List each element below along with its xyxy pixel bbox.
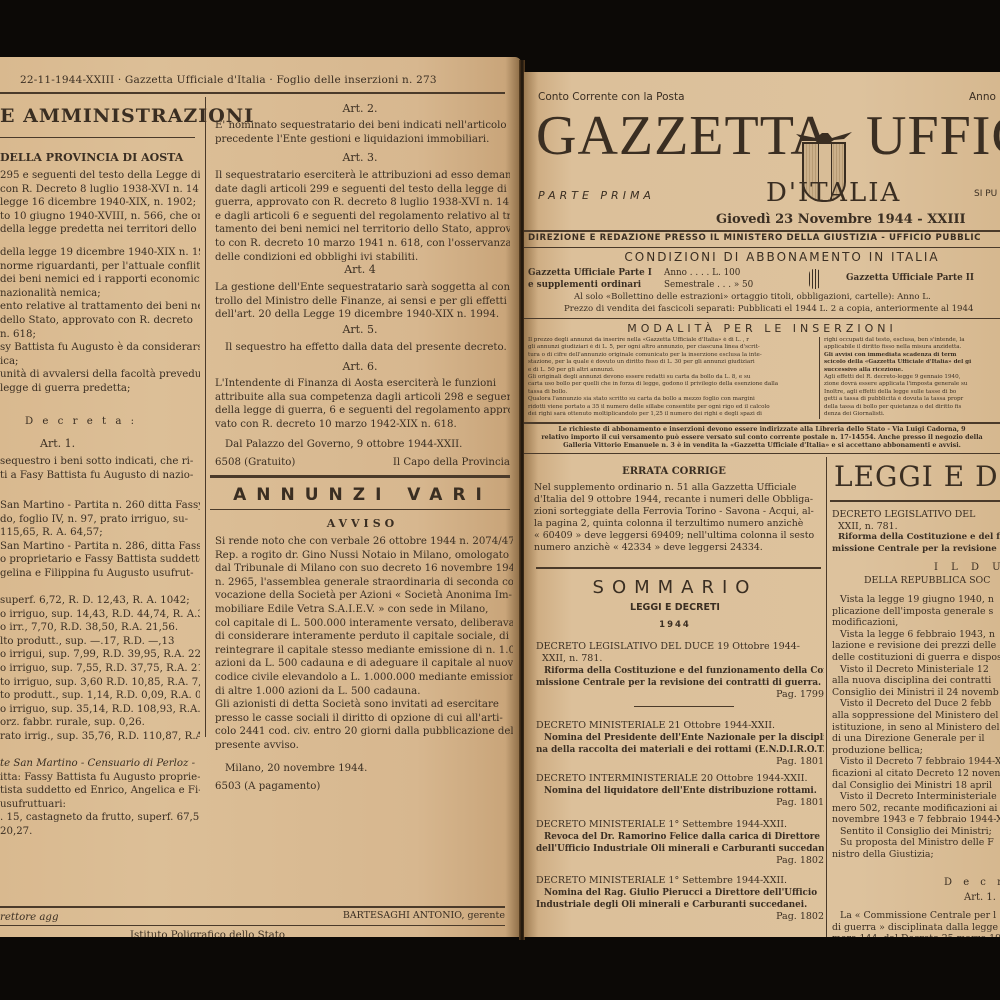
art1-text: sequestro i beni sotto indicati, che ri-… bbox=[0, 455, 200, 482]
text-line: e dagli articoli 6 e seguenti del regola… bbox=[215, 210, 510, 224]
text-line: gli annunzi giudiziari è di L. 5, per og… bbox=[528, 344, 813, 351]
entry-desc: na della raccolta dei materiali e dei ro… bbox=[536, 744, 824, 756]
text-line: Consiglio dei Ministri il 24 novemb bbox=[832, 687, 1000, 699]
modalita-left: Il prezzo degli annunzi da inserire nell… bbox=[528, 337, 813, 418]
spacer bbox=[0, 237, 200, 246]
issue-date: Giovedì 23 Novembre 1944 - XXIII bbox=[716, 212, 966, 227]
text-line: sequestro i beni sotto indicati, che ri- bbox=[0, 455, 200, 469]
text-line: Sentito il Consiglio dei Ministri; bbox=[832, 826, 1000, 838]
parte1-label: Gazzetta Ufficiale Parte I e supplementi… bbox=[528, 267, 652, 291]
text-line: presso le casse sociali il diritto di op… bbox=[215, 712, 513, 726]
sommario-entry-5[interactable]: DECRETO MINISTERIALE 1° Settembre 1944-X… bbox=[536, 875, 824, 923]
si-pubblica: SI PU bbox=[974, 189, 997, 199]
text-line: La « Commissione Centrale per l bbox=[832, 910, 1000, 922]
art6-text: L'Intendente di Finanza di Aosta esercit… bbox=[215, 377, 510, 431]
text-line: legge di guerra predetta; bbox=[0, 382, 200, 396]
text-line: colo 2441 cod. civ. entro 20 giorni dall… bbox=[215, 725, 513, 739]
text-line: Riforma della Costituzione e del fu bbox=[832, 532, 1000, 544]
direzione-line: DIREZIONE E REDAZIONE PRESSO IL MINISTER… bbox=[528, 233, 1000, 243]
sommario-divider bbox=[826, 457, 827, 937]
annunzi-rule-bottom bbox=[210, 509, 510, 510]
entry-heading: DECRETO LEGISLATIVO DEL DUCE 19 Ottobre … bbox=[536, 641, 824, 653]
art4-heading: Art. 4 bbox=[215, 263, 505, 277]
text-line: Visto il Decreto 7 febbraio 1944-X bbox=[832, 756, 1000, 768]
text-line: denza dei Giornalisti. bbox=[824, 411, 1000, 418]
entry-desc: dell'Ufficio Industriale Oli minerali e … bbox=[536, 843, 824, 855]
parte2-label: Gazzetta Ufficiale Parte II bbox=[846, 273, 974, 283]
text-line: mobiliare Edile Vetra S.A.I.E.V. » con s… bbox=[215, 603, 513, 617]
text-line: L'Intendente di Finanza di Aosta esercit… bbox=[215, 377, 510, 391]
text-line: modificazioni, bbox=[832, 617, 1000, 629]
text-line: orz. fabbr. rurale, sup. 0,26. bbox=[0, 716, 200, 730]
text-line: dei beni nemici ed i rapporti economici bbox=[0, 273, 200, 287]
text-line: carta uso bollo per quelli che in forza … bbox=[528, 381, 813, 388]
text-line: do, foglio IV, n. 97, prato irriguo, su- bbox=[0, 513, 200, 527]
signatory: Il Capo della Provincia bbox=[360, 456, 510, 470]
conto-corrente: Conto Corrente con la Posta bbox=[538, 91, 685, 103]
small-emblem-icon bbox=[809, 269, 821, 289]
text-line: . 15, castagneto da frutto, superf. 67,5… bbox=[0, 811, 200, 825]
text-line: istituzione, in seno al Ministero del bbox=[832, 722, 1000, 734]
header-rule bbox=[0, 92, 505, 94]
anno-label: Anno bbox=[969, 91, 996, 103]
parcels-block-2: superf. 6,72, R. D. 12,43, R. A. 1042; o… bbox=[0, 594, 200, 744]
text-line: zione dovrà essere applicata l'imposta g… bbox=[824, 381, 1000, 388]
art2-heading: Art. 2. bbox=[215, 102, 505, 116]
entry-heading: DECRETO MINISTERIALE 1° Settembre 1944-X… bbox=[536, 875, 824, 887]
entry-desc: missione Centrale per la revisione dei c… bbox=[536, 677, 824, 689]
text-line: della tassa di bollo per quietanza o del… bbox=[824, 404, 1000, 411]
sommario-sep-rule bbox=[634, 706, 734, 707]
text-line: 115,65, R. A. 64,57; bbox=[0, 526, 200, 540]
text-line: DECRETO LEGISLATIVO DEL bbox=[832, 509, 1000, 521]
text-line: Il prezzo degli annunzi da inserire nell… bbox=[528, 337, 813, 344]
text-line: o irriguo, sup. 35,14, R.D. 108,93, R.A.… bbox=[0, 703, 200, 717]
text-line: n. 618; bbox=[0, 328, 200, 342]
text-line: Nel supplemento ordinario n. 51 alla Gaz… bbox=[534, 482, 824, 494]
text-line: relativo importo il cui versamento può e… bbox=[524, 433, 1000, 441]
richieste-rule bbox=[524, 422, 1000, 424]
entry-heading: DECRETO MINISTERIALE 1° Settembre 1944-X… bbox=[536, 819, 824, 831]
text-line: e di L. 50 per gli altri annunzi. bbox=[528, 367, 813, 374]
art2-text: E' nominato sequestratario dei beni indi… bbox=[215, 119, 510, 146]
text-line: applicabile il diritto fisso nella misur… bbox=[824, 344, 1000, 351]
text-line: vato con R. decreto 10 marzo 1942-XIX n.… bbox=[215, 418, 510, 432]
column-divider bbox=[205, 97, 206, 737]
text-line: o irr., 7,70, R.D. 38,50, R.A. 21,56. bbox=[0, 621, 200, 635]
text-line: presente avviso. bbox=[215, 739, 513, 753]
text-line: « 60409 » deve leggersi 69409; nell'ulti… bbox=[534, 530, 824, 542]
text-line: Il sequestro ha effetto dalla data del p… bbox=[225, 341, 510, 355]
entry-heading: DECRETO INTERMINISTERIALE 20 Ottobre 194… bbox=[536, 773, 824, 785]
text-line: attribuite alla sua competenza dagli art… bbox=[215, 391, 510, 405]
text-line: nazionalità nemica; bbox=[0, 287, 200, 301]
sommario-title: SOMMARIO bbox=[524, 577, 826, 598]
text-line: te San Martino - Censuario di Perloz - bbox=[0, 757, 200, 771]
text-line: ti a Fasy Battista fu Augusto di nazio- bbox=[0, 469, 200, 483]
sommario-entry-3[interactable]: DECRETO INTERMINISTERIALE 20 Ottobre 194… bbox=[536, 773, 824, 809]
price-table: Anno . . . . L. 100 Semestrale . . . » 5… bbox=[664, 267, 753, 291]
text-line: unità di avvalersi della facoltà prevedu… bbox=[0, 368, 200, 382]
entry-page: Pag. 1799 bbox=[536, 689, 824, 701]
text-line: delle costituzioni di guerra e dispos bbox=[832, 652, 1000, 664]
text-line: Si rende noto che con verbale 26 ottobre… bbox=[215, 535, 513, 549]
prezzo-line: Prezzo di vendita dei fascicoli separati… bbox=[564, 304, 1000, 314]
text-line: di guerra » disciplinata dalla legge bbox=[832, 922, 1000, 934]
avviso-ref: 6503 (A pagamento) bbox=[215, 780, 320, 794]
text-line: Qualora l'annunzio sia stato scritto su … bbox=[528, 396, 813, 403]
modalita-title: MODALITÀ PER LE INSERZIONI bbox=[524, 322, 1000, 335]
text-line: Gli avvisi con immediata scadenza di ter… bbox=[824, 352, 1000, 359]
art3-heading: Art. 3. bbox=[215, 151, 505, 165]
text-line: successivo alla ricezione. bbox=[824, 367, 1000, 374]
text-line: dell'art. 20 della Legge 19 dicembre 194… bbox=[215, 308, 510, 322]
text-line: plicazione dell'imposta generale s bbox=[832, 606, 1000, 618]
text-line: itta: Fassy Battista fu Augusto proprie- bbox=[0, 771, 200, 785]
text-line: ridotti viene portato a 35 il numero del… bbox=[528, 404, 813, 411]
text-line: vocazione della Società per Azioni « Soc… bbox=[215, 589, 513, 603]
text-line: Galleria Vittorio Emanuele n. 3 è in ven… bbox=[524, 441, 1000, 449]
text-line: stazione, per la quale è dovuto un dirit… bbox=[528, 359, 813, 366]
text-line: di considerare interamente perduto il ca… bbox=[215, 630, 513, 644]
text-line: sy Battista fu Augusto è da considerarsi bbox=[0, 341, 200, 355]
annunzi-rule-top bbox=[210, 475, 510, 478]
art5-text: Il sequestro ha effetto dalla data del p… bbox=[225, 341, 510, 355]
text-line: 20,27. bbox=[0, 825, 200, 839]
text-line: ento relative al trattamento dei beni ne… bbox=[0, 300, 200, 314]
text-line: Rep. a rogito dr. Gino Nussi Notaio in M… bbox=[215, 549, 513, 563]
masthead-gazzetta: GAZZETTA bbox=[536, 106, 832, 166]
text-line: col capitale di L. 500.000 interamente v… bbox=[215, 617, 513, 631]
leggi-title: LEGGI E DE bbox=[834, 460, 1000, 493]
text-line: date dagli articoli 299 e seguenti del t… bbox=[215, 183, 510, 197]
il-duce: I L D U C bbox=[934, 562, 1000, 573]
right-page: Conto Corrente con la Posta Anno GAZZETT… bbox=[524, 72, 1000, 937]
art4-text: La gestione dell'Ente sequestratario sar… bbox=[215, 281, 510, 322]
col1-preamble: 295 e seguenti del testo della Legge di … bbox=[0, 169, 200, 396]
text-line: to produtt., sup. 1,14, R.D. 0,09, R.A. … bbox=[0, 689, 200, 703]
leggi-heading: DECRETO LEGISLATIVO DEL XXII, n. 781. Ri… bbox=[832, 509, 1000, 555]
text-line: getti a tassa di pubblicità è dovuta la … bbox=[824, 396, 1000, 403]
text-line: Visto il Decreto Interministeriale bbox=[832, 791, 1000, 803]
text-line: lazione e revisione dei prezzi delle bbox=[832, 640, 1000, 652]
text-line: San Martino - Partita n. 260 ditta Fassy bbox=[0, 499, 200, 513]
text-line: della legge predetta nei territori dello bbox=[0, 223, 200, 237]
sommario-entry-1[interactable]: DECRETO LEGISLATIVO DEL DUCE 19 Ottobre … bbox=[536, 641, 824, 701]
condizioni-title: CONDIZIONI DI ABBONAMENTO IN ITALIA bbox=[564, 250, 1000, 264]
sommario-entry-2[interactable]: DECRETO MINISTERIALE 21 Ottobre 1944-XXI… bbox=[536, 720, 824, 768]
text-line: tassa di bollo. bbox=[528, 389, 813, 396]
anno-price: Anno . . . . L. 100 bbox=[664, 267, 753, 279]
avviso-title: AVVISO bbox=[215, 517, 510, 530]
text-line: Vista la legge 6 febbraio 1943, n bbox=[832, 629, 1000, 641]
text-line: Le richieste di abbonamento e inserzioni… bbox=[524, 425, 1000, 433]
art5-heading: Art. 5. bbox=[215, 323, 505, 337]
text-line: Vista la legge 19 giugno 1940, n bbox=[832, 594, 1000, 606]
avviso-text: Si rende noto che con verbale 26 ottobre… bbox=[215, 535, 513, 753]
text-line: Visto il Decreto del Duce 2 febb bbox=[832, 698, 1000, 710]
printer-name: Istituto Poligrafico dello Stato bbox=[130, 929, 285, 937]
entry-page: Pag. 1802 bbox=[536, 911, 824, 923]
leggi-decreta: D e c r e t a bbox=[944, 877, 1000, 888]
text-line: norme riguardanti, per l'attuale conflit… bbox=[0, 260, 200, 274]
text-line: lto produtt., sup. —.17, R.D. —,13 bbox=[0, 635, 200, 649]
text-line: dal Consiglio dei Ministri 18 april bbox=[832, 780, 1000, 792]
text-line: precedente l'Ente gestioni e liquidazion… bbox=[215, 133, 510, 147]
richieste-block: Le richieste di abbonamento e inserzioni… bbox=[524, 425, 1000, 449]
entry-desc: Nomina del liquidatore dell'Ente distrib… bbox=[536, 785, 824, 797]
repubblica-line: DELLA REPUBBLICA SOC bbox=[864, 575, 990, 586]
text-line: gelina e Filippina fu Augusto usufrut- bbox=[0, 567, 200, 581]
masthead-ufficiale: UFFIC bbox=[866, 106, 1000, 166]
text-line: numero anzichè « 42334 » deve leggersi 2… bbox=[534, 542, 824, 554]
semestrale-price: Semestrale . . . » 50 bbox=[664, 279, 753, 291]
entry-desc: Nomina del Presidente dell'Ente Nazional… bbox=[536, 732, 824, 744]
text-line: o irriguo, sup. 7,55, R.D. 37,75, R.A. 2… bbox=[0, 662, 200, 676]
errata-rule bbox=[536, 567, 821, 569]
text-line: to 10 giugno 1940-XVIII, n. 566, che ord… bbox=[0, 210, 200, 224]
footer-gerente: BARTESAGHI ANTONIO, gerente bbox=[300, 909, 505, 923]
text-line: missione Centrale per la revisione d bbox=[832, 544, 1000, 556]
leggi-body: Vista la legge 19 giugno 1940, n plicazi… bbox=[832, 594, 1000, 861]
text-line: dal Tribunale di Milano con suo decreto … bbox=[215, 562, 513, 576]
text-line: o irrigui, sup. 7,99, R.D. 39,95, R.A. 2… bbox=[0, 648, 200, 662]
text-line: n. 2965, l'assemblea generale straordina… bbox=[215, 576, 513, 590]
header-rule bbox=[524, 230, 1000, 232]
parte1-line2: e supplementi ordinari bbox=[528, 279, 652, 291]
decreta-heading: D e c r e t a : bbox=[25, 415, 137, 429]
sommario-entry-4[interactable]: DECRETO MINISTERIALE 1° Settembre 1944-X… bbox=[536, 819, 824, 867]
text-line: codice civile elevandolo a L. 1.000.000 … bbox=[215, 671, 513, 685]
text-line: La gestione dell'Ente sequestratario sar… bbox=[215, 281, 510, 295]
errata-title: ERRATA CORRIGE bbox=[524, 466, 824, 477]
text-line: mero 144, dal Decreto 25 marzo 1943- bbox=[832, 933, 1000, 937]
subsection-title: DELLA PROVINCIA DI AOSTA bbox=[0, 151, 183, 165]
footer-left: rettore agg bbox=[0, 911, 58, 925]
art3-text: Il sequestratario eserciterà le attribuz… bbox=[215, 169, 510, 264]
text-line: Il sequestratario eserciterà le attribuz… bbox=[215, 169, 510, 183]
text-line: Gli azionisti di detta Società sono invi… bbox=[215, 698, 513, 712]
leggi-art1-text: La « Commissione Centrale per l di guerr… bbox=[832, 910, 1000, 937]
text-line: reintegrare il capitale stesso mediante … bbox=[215, 644, 513, 658]
modalita-right: righi occupati dal testo, esclusa, ben s… bbox=[824, 337, 1000, 418]
text-line: tamento dei beni nemici nel territorio d… bbox=[215, 223, 510, 237]
entry-desc: Revoca del Dr. Ramorino Felice dalla car… bbox=[536, 831, 824, 843]
running-head: 22-11-1944-XXIII · Gazzetta Ufficiale d'… bbox=[20, 74, 440, 88]
footer-rule-top bbox=[0, 906, 505, 908]
leggi-art1: Art. 1. bbox=[964, 892, 996, 903]
text-line: superf. 6,72, R. D. 12,43, R. A. 1042; bbox=[0, 594, 200, 608]
entry-page: Pag. 1802 bbox=[536, 855, 824, 867]
modalita-rule bbox=[524, 318, 1000, 319]
text-line: della legge di guerra, 6 e seguenti del … bbox=[215, 404, 510, 418]
text-line: o proprietario e Fassy Battista suddetto… bbox=[0, 553, 200, 567]
entry-page: Pag. 1801 bbox=[536, 756, 824, 768]
richieste-bottom-rule bbox=[524, 453, 1000, 454]
parcels-block-1: San Martino - Partita n. 260 ditta Fassy… bbox=[0, 499, 200, 581]
entry-page: Pag. 1801 bbox=[536, 797, 824, 809]
avviso-place: Milano, 20 novembre 1944. bbox=[225, 762, 367, 776]
entry-desc: Industriale degli Oli minerali e Carbura… bbox=[536, 899, 824, 911]
text-line: Gli originali degli annunzi devono esser… bbox=[528, 374, 813, 381]
text-line: San Martino - Partita n. 286, ditta Fass… bbox=[0, 540, 200, 554]
text-line: ica; bbox=[0, 355, 200, 369]
entry-desc: Nomina del Rag. Giulio Pierucci a Dirett… bbox=[536, 887, 824, 899]
text-line: produzione bellica; bbox=[832, 745, 1000, 757]
text-line: dello Stato, approvato con R. decreto bbox=[0, 314, 200, 328]
text-line: usufruttuari: bbox=[0, 798, 200, 812]
entry-heading: DECRETO MINISTERIALE 21 Ottobre 1944-XXI… bbox=[536, 720, 824, 732]
text-line: scicolo della «Gazzetta Ufficiale d'Ital… bbox=[824, 359, 1000, 366]
text-line: XXII, n. 781. bbox=[832, 521, 1000, 533]
ditalia-title: D'ITALIA bbox=[766, 178, 901, 208]
text-line: zioni sorteggiate della Ferrovia Torino … bbox=[534, 506, 824, 518]
ref-number: 6508 (Gratuito) bbox=[215, 456, 295, 470]
modalita-divider bbox=[819, 337, 820, 419]
text-line: d'Italia del 9 ottobre 1944, recante i n… bbox=[534, 494, 824, 506]
sommario-year: 1944 bbox=[524, 620, 826, 630]
text-line: Inoltre, agli effetti della legge sulle … bbox=[824, 389, 1000, 396]
text-line: to irriguo, sup. 3,60 R.D. 10,85, R.A. 7… bbox=[0, 676, 200, 690]
text-line: trollo del Ministro delle Finanze, ai se… bbox=[215, 295, 510, 309]
text-line: con R. Decreto 8 luglio 1938-XVI n. 1415… bbox=[0, 183, 200, 197]
art1-heading: Art. 1. bbox=[40, 437, 75, 451]
section-rule bbox=[0, 137, 195, 138]
parcels-block-3: te San Martino - Censuario di Perloz - i… bbox=[0, 757, 200, 839]
text-line: tista suddetto ed Enrico, Angelica e Fi- bbox=[0, 784, 200, 798]
text-line: righi occupati dal testo, esclusa, ben s… bbox=[824, 337, 1000, 344]
signed-place: Dal Palazzo del Governo, 9 ottobre 1944-… bbox=[225, 438, 462, 452]
text-line: to con R. decreto 10 marzo 1941 n. 618, … bbox=[215, 237, 510, 251]
text-line: E' nominato sequestratario dei beni indi… bbox=[215, 119, 510, 133]
leggi-rule bbox=[830, 500, 1000, 502]
text-line: Su proposta del Ministro delle F bbox=[832, 837, 1000, 849]
entry-desc: Riforma della Costituzione e del funzion… bbox=[536, 665, 824, 677]
parte1-line1: Gazzetta Ufficiale Parte I bbox=[528, 267, 652, 279]
text-line: la pagina 2, quinta colonna il terzultim… bbox=[534, 518, 824, 530]
text-line: 295 e seguenti del testo della Legge di bbox=[0, 169, 200, 183]
annunzi-title: ANNUNZI VARI bbox=[215, 485, 510, 505]
text-line: dei righi sarà ottenuto moltiplicandolo … bbox=[528, 411, 813, 418]
footer-rule-bottom bbox=[0, 925, 505, 926]
text-line: rato irrig., sup. 35,76, R.D. 110,87, R.… bbox=[0, 730, 200, 744]
entry-heading-2: XXII, n. 781. bbox=[536, 653, 824, 665]
art6-heading: Art. 6. bbox=[215, 360, 505, 374]
text-line: o irriguo, sup. 14,43, R.D. 44,74, R. A.… bbox=[0, 608, 200, 622]
text-line: legge 16 dicembre 1940-XIX, n. 1902; bbox=[0, 196, 200, 210]
text-line: nistro della Giustizia; bbox=[832, 849, 1000, 861]
text-line: novembre 1943 e 7 febbraio 1944-X bbox=[832, 814, 1000, 826]
sommario-subtitle: LEGGI E DECRETI bbox=[524, 602, 826, 613]
text-line: ficazioni al citato Decreto 12 noven bbox=[832, 768, 1000, 780]
left-page: 22-11-1944-XXIII · Gazzetta Ufficiale d'… bbox=[0, 57, 521, 937]
errata-text: Nel supplemento ordinario n. 51 alla Gaz… bbox=[534, 482, 824, 554]
text-line: alla soppressione del Ministero del bbox=[832, 710, 1000, 722]
text-line: Agli effetti del R. decreto-legge 9 genn… bbox=[824, 374, 1000, 381]
text-line: tura o di cifre dell'annunzio originale … bbox=[528, 352, 813, 359]
text-line: mero 502, recante modificazioni ai bbox=[832, 803, 1000, 815]
text-line: guerra, approvato con R. decreto 8 lugli… bbox=[215, 196, 510, 210]
text-line: alla nuova disciplina dei contratti bbox=[832, 675, 1000, 687]
text-line: di altre 1.000 azioni da L. 500 cadauna. bbox=[215, 685, 513, 699]
text-line: di una Direzione Generale per il bbox=[832, 733, 1000, 745]
text-line: Visto il Decreto Ministeriale 12 bbox=[832, 664, 1000, 676]
direzione-rule bbox=[524, 247, 1000, 248]
text-line: della legge 19 dicembre 1940-XIX n. 1994 bbox=[0, 246, 200, 260]
bollettino-line: Al solo «Bollettino delle estrazioni» or… bbox=[574, 292, 1000, 302]
parte-prima: PARTE PRIMA bbox=[538, 189, 655, 202]
text-line: azioni da L. 500 cadauna e di adeguare i… bbox=[215, 657, 513, 671]
